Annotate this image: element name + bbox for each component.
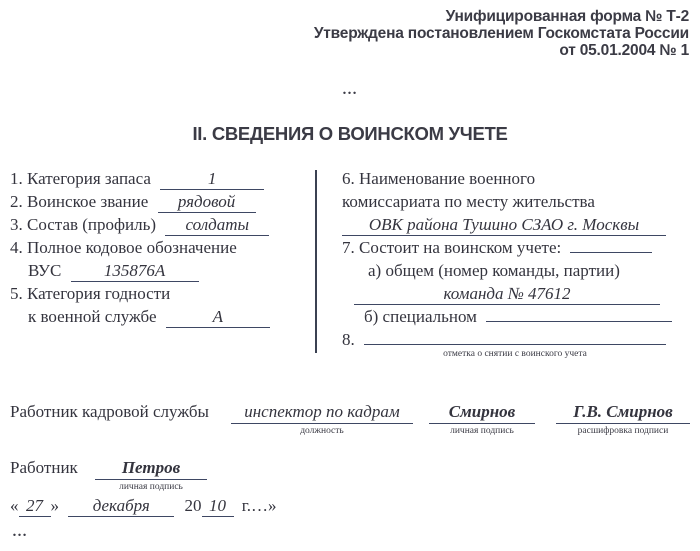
date-day: 27 [26,496,43,515]
employee-signature-row: Работник Петров личная подпись [10,458,410,498]
approval-line: Утверждена постановлением Госкомстата Ро… [314,25,689,42]
date-century: 20 [185,496,202,515]
field-military-registration: 7. Состоит на воинском учете: [342,236,676,259]
date-month-underline: декабря [68,496,174,517]
field-reserve-category: 1. Категория запаса 1 [10,167,308,190]
hr-signature-value: Смирнов [429,402,535,424]
field-label: а) общем (номер команды, партии) [368,261,620,280]
field-commissariat-value: ОВК района Тушино СЗАО г. Москвы [342,213,676,236]
field-commissariat-label-2: комиссариата по месту жительства [342,190,676,213]
hr-worker-label: Работник кадровой службы [10,402,209,422]
field-vus-code: ВУС 135876А [10,259,308,282]
hr-position-value: инспектор по кадрам [231,402,413,424]
field-value: ОВК района Тушино СЗАО г. Москвы [369,215,639,234]
field-label: 8. [342,330,355,349]
field-value-underline: команда № 47612 [354,284,660,305]
field-blank-underline [570,252,652,253]
section-title: II. СВЕДЕНИЯ О ВОИНСКОМ УЧЕТЕ [0,123,700,145]
hr-signature-row: Работник кадровой службы инспектор по ка… [10,402,690,442]
field-special-registration: б) специальном [342,305,676,328]
field-general-registration-value: команда № 47612 [342,282,676,305]
field-value: рядовой [178,192,235,211]
date-row: «27» декабря 2010 г.…» [10,495,277,517]
open-quote: « [10,496,19,515]
hr-signature-field: Смирнов личная подпись [429,402,535,437]
date-day-underline: 27 [19,496,51,517]
right-column: 6. Наименование военного комиссариата по… [342,167,676,360]
column-divider-line [315,170,317,353]
date-year-underline: 10 [202,496,234,517]
hr-position-field: инспектор по кадрам должность [231,402,413,437]
field-value: 1 [208,169,217,188]
field-fitness-category-label: 5. Категория годности [10,282,308,305]
approval-date-line: от 05.01.2004 № 1 [314,42,689,59]
field-label: 7. Состоит на воинском учете: [342,238,561,257]
field-commissariat-label-1: 6. Наименование военного [342,167,676,190]
field-label: 4. Полное кодовое обозначение [10,238,237,257]
field-general-registration-label: а) общем (номер команды, партии) [342,259,676,282]
field-blank-underline [364,344,666,345]
omitted-content-marker-top: … [0,82,700,99]
field-value: А [213,307,223,326]
field-label: к военной службе [28,307,157,326]
field-value-underline: ОВК района Тушино СЗАО г. Москвы [342,215,666,236]
field-military-rank: 2. Воинское звание рядовой [10,190,308,213]
field-deregistration: 8. [342,328,676,351]
field-composition-profile: 3. Состав (профиль) солдаты [10,213,308,236]
field-label: ВУС [28,261,61,280]
employee-label: Работник [10,458,78,478]
close-quote: » [51,496,60,515]
left-column: 1. Категория запаса 1 2. Воинское звание… [10,167,308,328]
field-value-underline: 135876А [71,261,199,282]
field-label: 6. Наименование военного [342,169,535,188]
hr-name-field: Г.В. Смирнов расшифровка подписи [556,402,690,437]
hr-name-caption: расшифровка подписи [556,424,690,437]
date-year: 10 [209,496,226,515]
field-label: 2. Воинское звание [10,192,148,211]
field-value: команда № 47612 [443,284,570,303]
field-label: комиссариата по месту жительства [342,192,595,211]
document-form-t2: Унифицированная форма № Т-2 Утверждена п… [0,0,700,551]
omitted-content-marker-bottom: … [12,524,28,541]
date-suffix: г.…» [242,496,277,515]
field-value-underline: рядовой [158,192,256,213]
field-blank-underline [486,321,672,322]
field-fitness-category: к военной службе А [10,305,308,328]
field-value-underline: А [166,307,270,328]
hr-signature-caption: личная подпись [429,424,535,437]
field-label: 5. Категория годности [10,284,170,303]
form-approval-header: Унифицированная форма № Т-2 Утверждена п… [314,8,689,59]
form-number-line: Унифицированная форма № Т-2 [314,8,689,25]
employee-signature-value: Петров [95,458,207,480]
field-label: б) специальном [364,307,477,326]
date-month: декабря [93,496,150,515]
hr-name-value: Г.В. Смирнов [556,402,690,424]
field-value-underline: 1 [160,169,264,190]
field-vus-code-label: 4. Полное кодовое обозначение [10,236,308,259]
field-value: 135876А [104,261,165,280]
field-label: 3. Состав (профиль) [10,215,156,234]
field-value-underline: солдаты [165,215,269,236]
hr-position-caption: должность [231,424,413,437]
employee-signature-caption: личная подпись [95,480,207,493]
field-label: 1. Категория запаса [10,169,151,188]
employee-signature-field: Петров личная подпись [95,458,207,493]
field-value: солдаты [186,215,250,234]
